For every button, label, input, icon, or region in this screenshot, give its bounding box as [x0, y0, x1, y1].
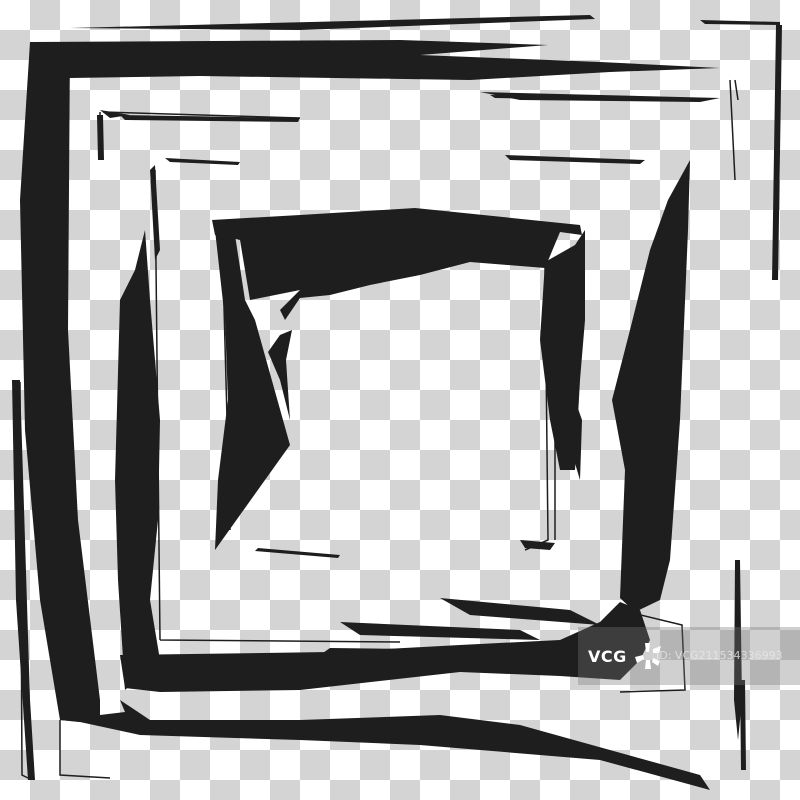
- outer-frame-bottom: [60, 715, 710, 790]
- watermark-logo: VCG: [588, 647, 627, 666]
- inner-frame-top: [212, 208, 582, 320]
- outer-frame-right-stroke: [612, 160, 690, 612]
- middle-frame-left: [115, 230, 160, 690]
- outer-frame-top: [30, 40, 720, 84]
- watermark-id: ID: VCG211534336993: [656, 649, 783, 662]
